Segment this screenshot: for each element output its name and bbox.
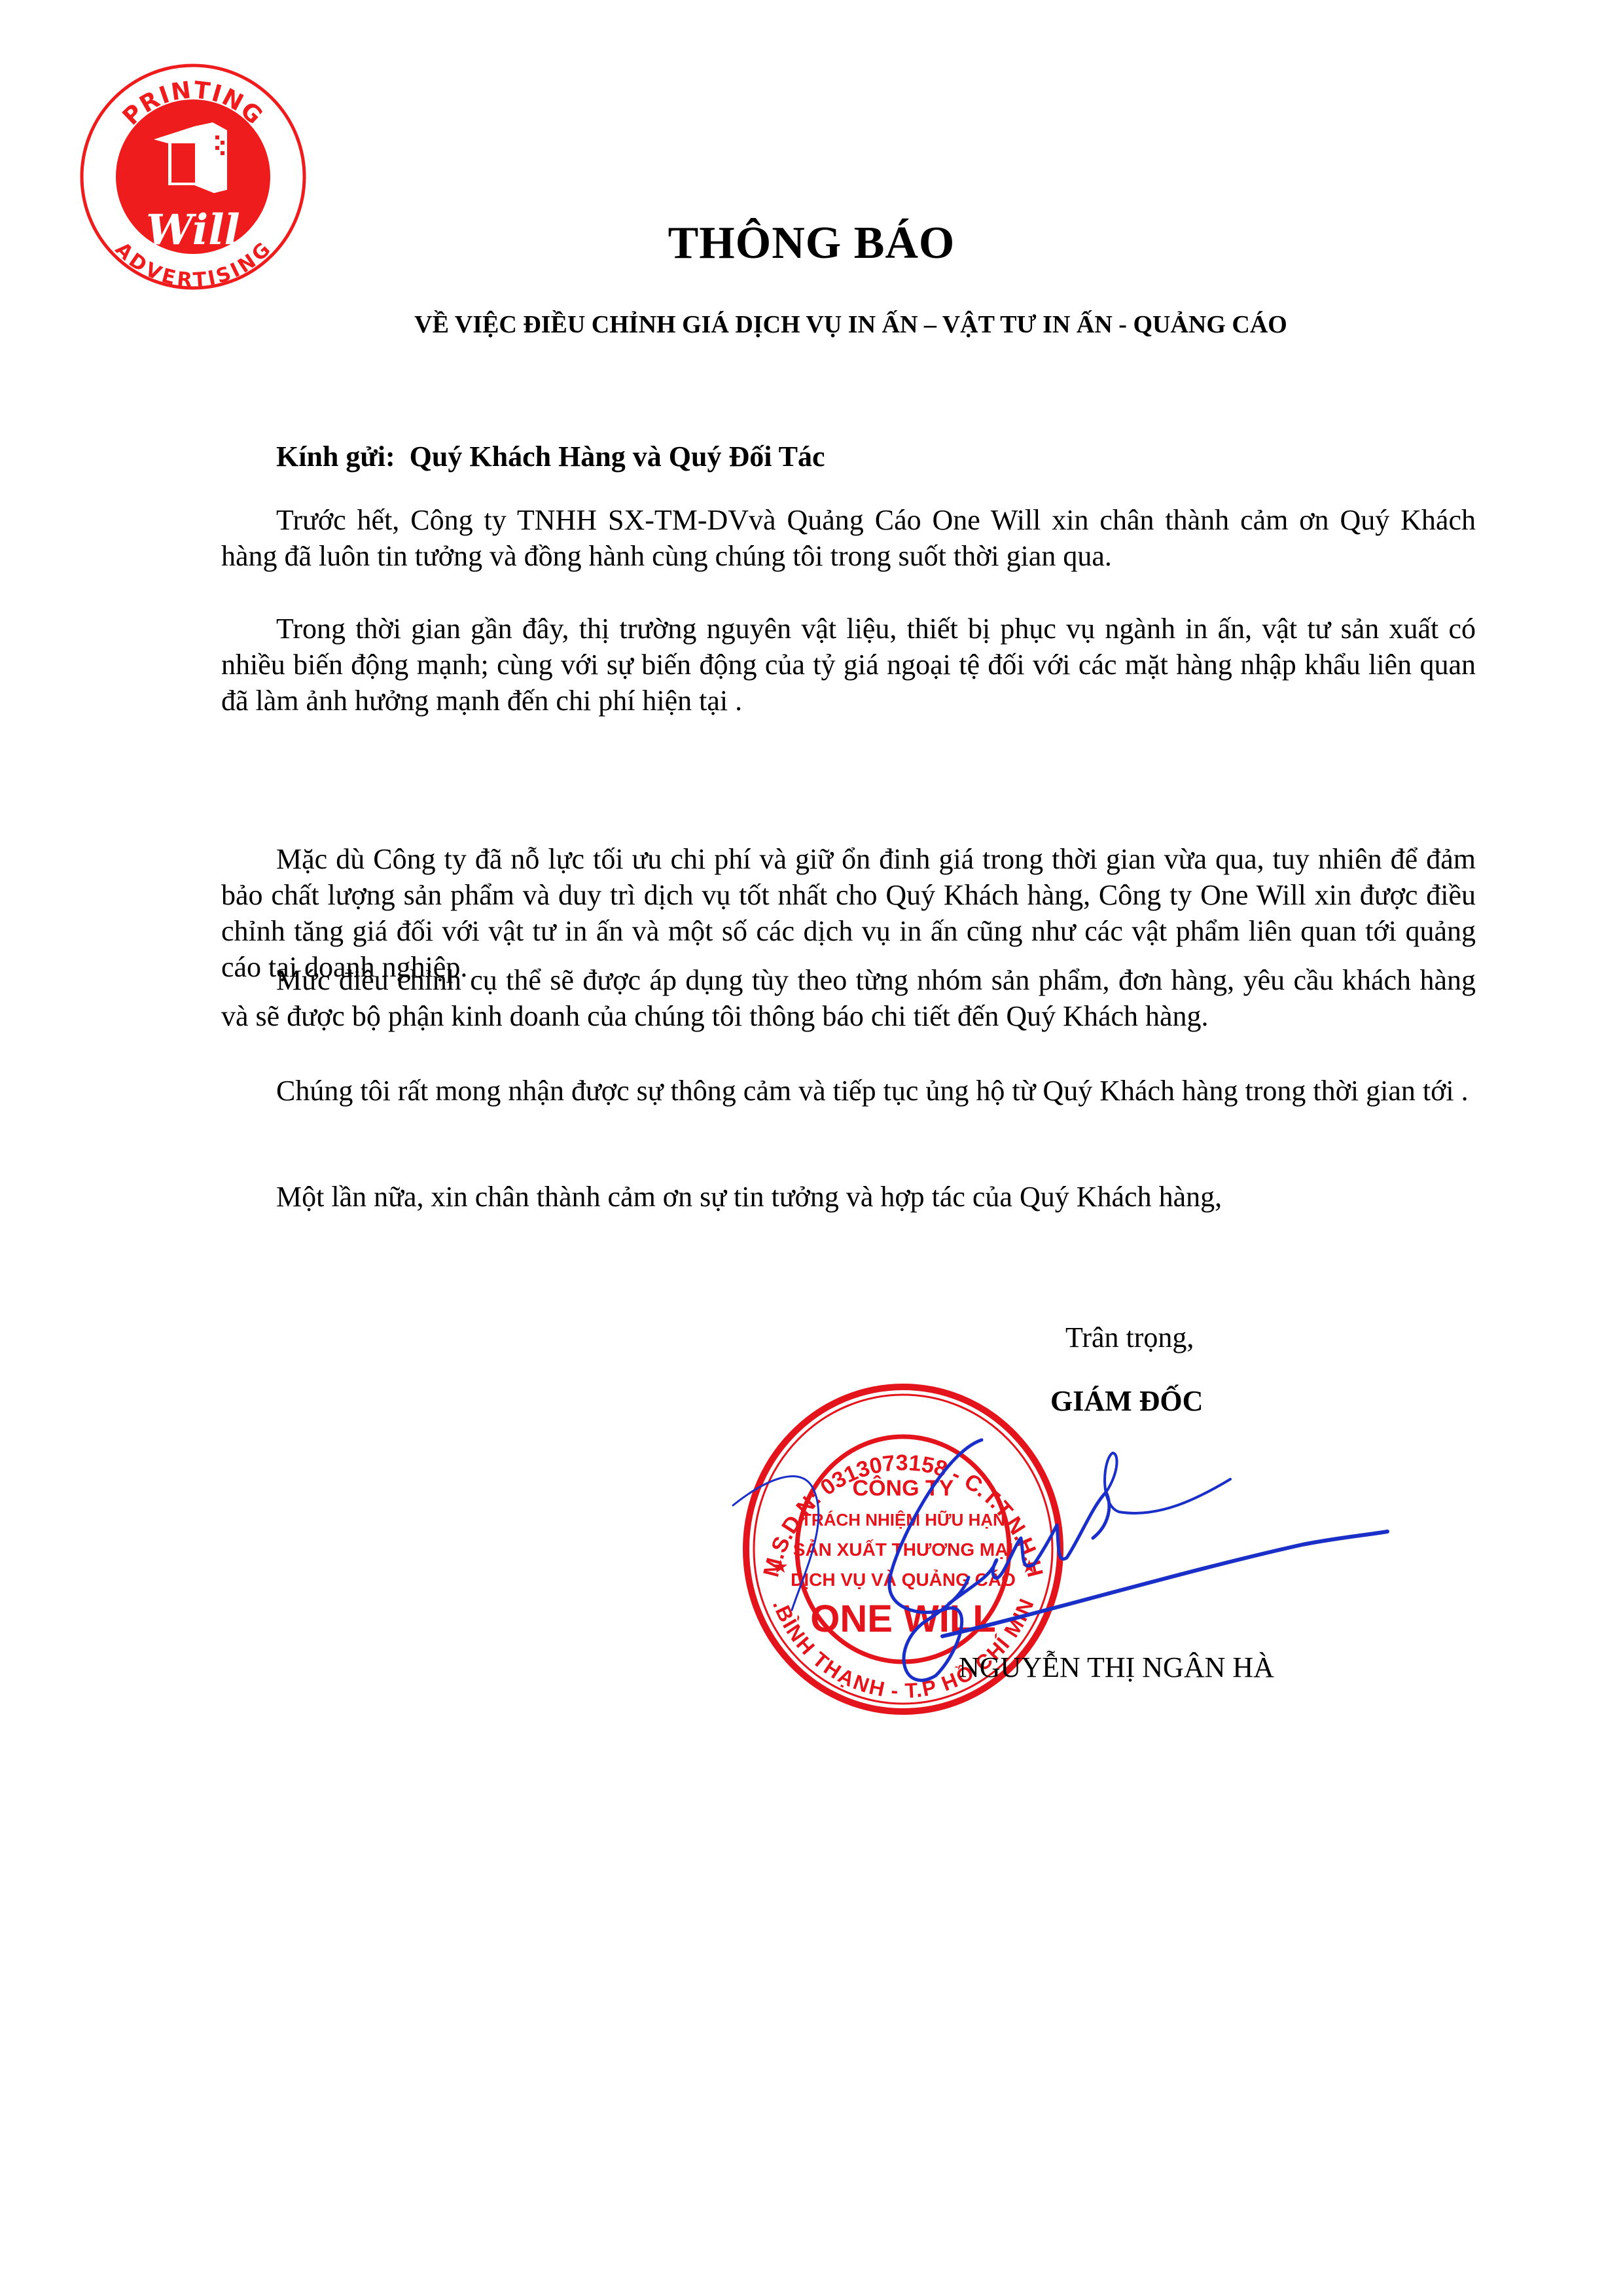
paragraph-6: Một lần nữa, xin chân thành cảm ơn sự ti…	[221, 1179, 1476, 1215]
document-subtitle: VỀ VIỆC ĐIỀU CHỈNH GIÁ DỊCH VỤ IN ẤN – V…	[0, 310, 1623, 339]
signer-position: GIÁM ĐỐC	[1050, 1384, 1203, 1418]
signature	[726, 1414, 1394, 1689]
paragraph-1: Trước hết, Công ty TNHH SX-TM-DVvà Quảng…	[221, 502, 1476, 574]
closing-regards: Trân trọng,	[1065, 1321, 1194, 1354]
paragraph-4: Mức điều chỉnh cụ thể sẽ được áp dụng tù…	[221, 962, 1476, 1034]
document-title: THÔNG BÁO	[0, 217, 1623, 270]
signer-name: NGUYỄN THỊ NGÂN HÀ	[959, 1651, 1274, 1684]
paragraph-5: Chúng tôi rất mong nhận được sự thông cả…	[221, 1073, 1476, 1109]
paragraph-2: Trong thời gian gần đây, thị trường nguy…	[221, 611, 1476, 719]
salutation: Kính gửi: Quý Khách Hàng và Quý Đối Tác	[276, 440, 825, 473]
